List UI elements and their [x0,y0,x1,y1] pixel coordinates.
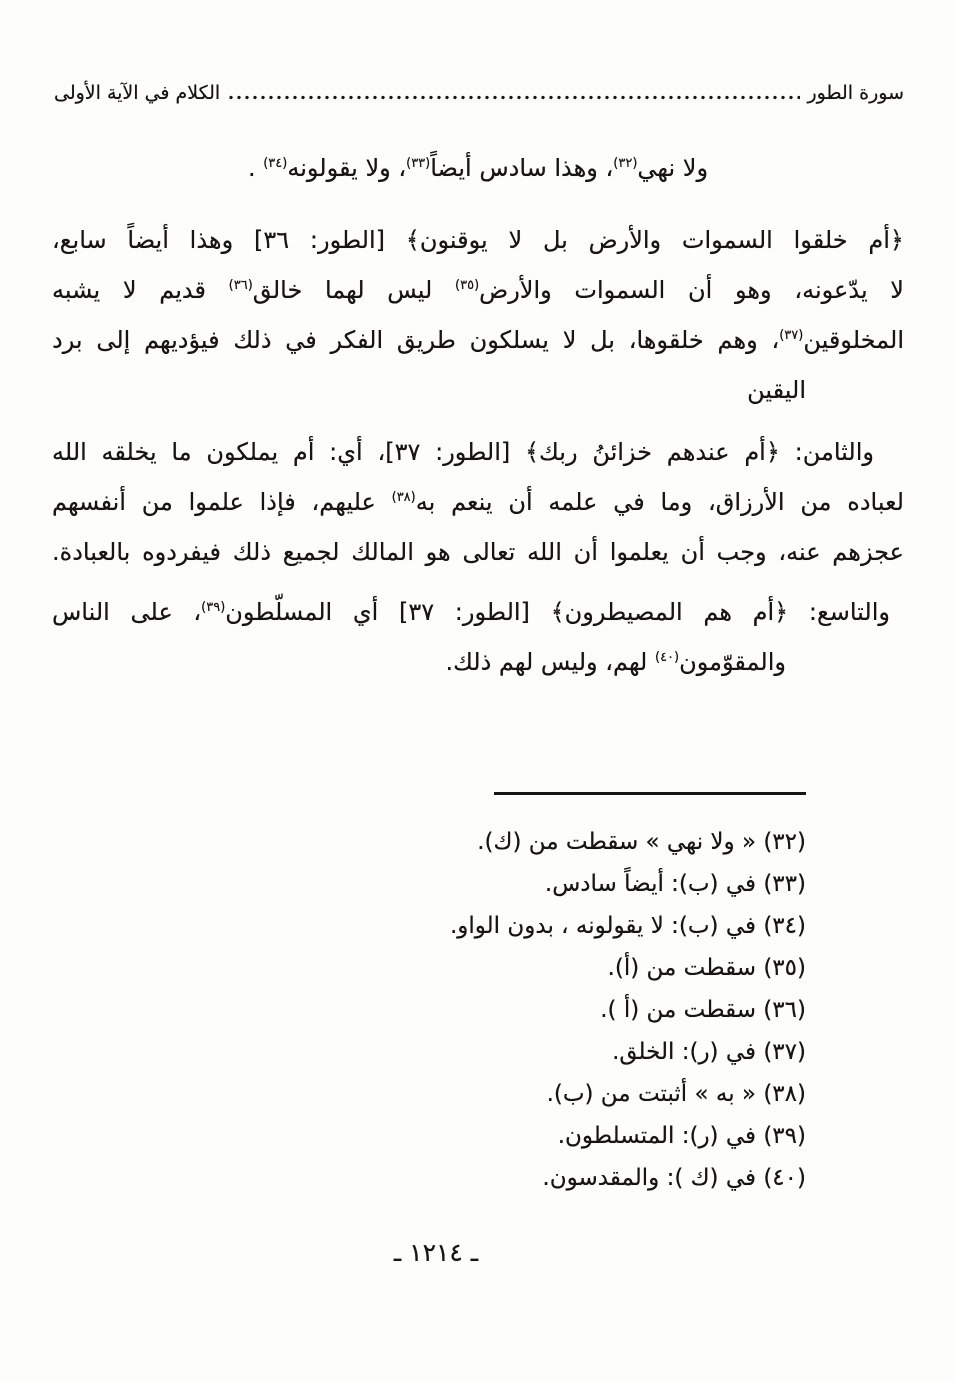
footnote-item: (٣٣) في (ب): أيضاً سادس. [60,864,806,906]
paragraph-continuation: ولا نهي(٣٢)، وهذا سادس أيضاً(٣٣)، ولا يق… [52,144,904,194]
footnote-item: (٣٧) في (ر): الخلق. [60,1032,806,1074]
footnote-item: (٣٢) « ولا نهي » سقطت من (ك). [60,822,806,864]
footnotes-block: (٣٢) « ولا نهي » سقطت من (ك). (٣٣) في (ب… [60,822,806,1200]
footnote-item: (٤٠) في (ك ): والمقدسون. [60,1158,806,1200]
body-line: لعباده من الأرزاق، وما في علمه أن ينعم ب… [52,478,904,528]
footnote-ref: (٣٩) [201,600,225,615]
footnote-item: (٣٤) في (ب): لا يقولونه ، بدون الواو. [60,906,806,948]
body-line: اليقين [52,366,904,416]
paragraph-seventh-point: ﴿أم خلقوا السموات والأرض بل لا يوقنون﴾ [… [52,216,904,416]
dotted-leader [227,95,800,100]
section-title: الكلام في الآية الأولى [54,82,220,104]
footnote-ref: (٤٠) [655,650,679,665]
body-line: ولا نهي(٣٢)، وهذا سادس أيضاً(٣٣)، ولا يق… [52,144,904,194]
footnote-separator [494,792,806,795]
footnote-ref: (٣٣) [406,156,430,171]
body-line: عجزهم عنه، وجب أن يعلموا أن الله تعالى ه… [52,528,904,578]
body-line: والمقوّمون(٤٠) لهم، وليس لهم ذلك. [52,638,904,688]
surah-title: سورة الطور [807,82,904,104]
page-number: ـ ١٢١٤ ـ [0,1238,872,1267]
footnote-item: (٣٨) « به » أثبتت من (ب). [60,1074,806,1116]
page-header: سورة الطور الكلام في الآية الأولى [54,82,904,104]
footnote-item: (٣٥) سقطت من (أ). [60,948,806,990]
body-line: والثامن: ﴿أم عندهم خزائنُ ربك﴾ [الطور: ٣… [52,428,904,478]
body-line: لا يدّعونه، وهو أن السموات والأرض(٣٥) لي… [52,266,904,316]
paragraph-ninth-point: والتاسع: ﴿أم هم المصيطرون﴾ [الطور: ٣٧] أ… [52,588,904,688]
body-line: ﴿أم خلقوا السموات والأرض بل لا يوقنون﴾ [… [52,216,904,266]
body-line: المخلوقين(٣٧)، وهم خلقوها، بل لا يسلكون … [52,316,904,366]
footnote-ref: (٣٢) [613,156,637,171]
paragraph-eighth-point: والثامن: ﴿أم عندهم خزائنُ ربك﴾ [الطور: ٣… [52,428,904,578]
book-page: سورة الطور الكلام في الآية الأولى ولا نه… [0,0,956,1382]
body-line: والتاسع: ﴿أم هم المصيطرون﴾ [الطور: ٣٧] أ… [52,588,904,638]
footnote-ref: (٣٤) [263,156,287,171]
footnote-item: (٣٦) سقطت من (أ ). [60,990,806,1032]
footnote-ref: (٣٦) [229,278,253,293]
footnote-ref: (٣٨) [392,490,416,505]
footnote-ref: (٣٥) [455,278,479,293]
footnote-ref: (٣٧) [779,328,803,343]
footnote-item: (٣٩) في (ر): المتسلطون. [60,1116,806,1158]
